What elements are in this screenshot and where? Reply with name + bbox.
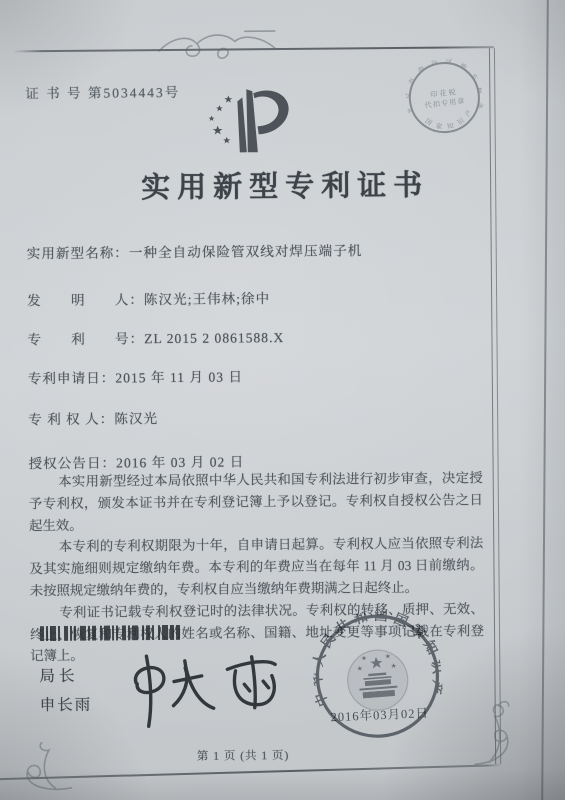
tax-stamp-center-line1: 印花税 (430, 87, 458, 99)
certificate-content: 证 书 号 第5034443号 实用新型专利证书 北京市海淀区地方税务局 (0, 0, 565, 800)
field-value: 陈汉光 (114, 411, 158, 426)
tax-stamp-arc-top-text: 北京市海淀区地方税务局 (402, 56, 486, 120)
tax-stamp-seal: 北京市海淀区地方税务局 国家知识产权局 印花税 代扣专用章 (402, 56, 486, 140)
field-value: 2015 年 11 月 03 日 (115, 369, 243, 385)
field-patentee: 专 利 权 人：陈汉光 (28, 407, 158, 428)
legal-paragraph-1: 本实用新型经过本局依照中华人民共和国专利法进行初步审查，决定授予专利权，颁发本证… (29, 467, 484, 536)
field-label: 专 利 权 人： (28, 411, 114, 427)
paper-edge-line (541, 0, 548, 800)
page-footer: 第 1 页 (共 1 页) (143, 746, 343, 764)
field-value: 2016 年 03 月 02 日 (116, 454, 244, 470)
field-label: 实用新型名称： (27, 245, 129, 261)
field-value: ZL 2015 2 0861588.X (144, 330, 284, 346)
signer-role: 局长 (39, 664, 78, 686)
certificate-number: 证 书 号 第5034443号 (25, 81, 180, 102)
certificate-number-label: 证 书 号 (25, 86, 82, 101)
field-utility-model-name: 实用新型名称：一种全自动保险管双线对焊压端子机 (27, 239, 363, 262)
top-border-ornament (157, 26, 287, 63)
field-application-date: 专利申请日：2015 年 11 月 03 日 (28, 365, 243, 387)
field-value: 陈汉光;王伟林;徐中 (144, 291, 270, 307)
svg-text:北京市海淀区地方税务局: 北京市海淀区地方税务局 (402, 56, 486, 120)
field-label: 发 明 人： (27, 292, 144, 308)
bottom-right-corner-flourish (465, 696, 520, 768)
national-emblem (345, 648, 410, 713)
field-label: 授权公告日： (28, 455, 116, 471)
patent-certificate-photo: 证 书 号 第5034443号 实用新型专利证书 北京市海淀区地方税务局 (0, 0, 565, 800)
director-signature (118, 642, 293, 736)
field-inventors: 发 明 人：陈汉光;王伟林;徐中 (27, 287, 270, 309)
field-label: 专 利 号： (27, 331, 144, 347)
certificate-number-value: 第5034443号 (88, 85, 180, 101)
field-patent-number: 专 利 号：ZL 2015 2 0861588.X (27, 326, 284, 348)
legal-paragraph-2: 本专利的专利权期限为十年，自申请日起算。专利权人应当依照专利法及其实施细则规定缴… (29, 533, 484, 602)
bottom-left-corner-flourish (13, 742, 77, 797)
field-value: 一种全自动保险管双线对焊压端子机 (129, 243, 363, 260)
barcode (40, 625, 192, 641)
certificate-title: 实用新型专利证书 (90, 162, 480, 206)
signer-name: 申长雨 (40, 693, 93, 715)
field-label: 专利申请日： (28, 370, 116, 386)
cnipa-patent-logo-icon (200, 84, 299, 163)
